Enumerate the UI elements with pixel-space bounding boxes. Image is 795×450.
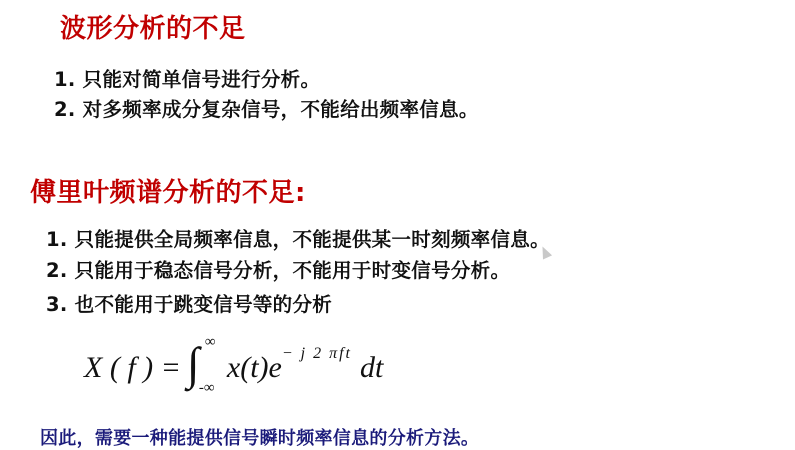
formula-lhs: X ( f ) = — [84, 351, 181, 385]
list-item: 2. 对多频率成分复杂信号，不能给出频率信息。 — [54, 94, 479, 122]
section-heading-waveform: 波形分析的不足 — [60, 8, 246, 45]
integral-sign: ∫ ∞ -∞ — [185, 340, 221, 396]
conclusion-text: 因此，需要一种能提供信号瞬时频率信息的分析方法。 — [40, 424, 479, 450]
mouse-cursor-icon — [538, 244, 552, 259]
list-item: 1. 只能提供全局频率信息，不能提供某一时刻频率信息。 — [46, 224, 550, 252]
exponent: − j 2 πft — [282, 345, 352, 363]
lower-limit: -∞ — [199, 380, 215, 397]
upper-limit: ∞ — [205, 334, 216, 351]
list-item: 2. 只能用于稳态信号分析，不能用于时变信号分析。 — [46, 255, 510, 283]
section-heading-fourier: 傅里叶频谱分析的不足: — [30, 172, 306, 209]
list-item: 1. 只能对简单信号进行分析。 — [54, 64, 320, 92]
fourier-transform-formula: X ( f ) = ∫ ∞ -∞ x(t)e − j 2 πft dt — [84, 340, 383, 396]
list-item: 3. 也不能用于跳变信号等的分析 — [46, 289, 332, 317]
integrand: x(t)e — [227, 351, 282, 385]
differential: dt — [360, 351, 383, 385]
